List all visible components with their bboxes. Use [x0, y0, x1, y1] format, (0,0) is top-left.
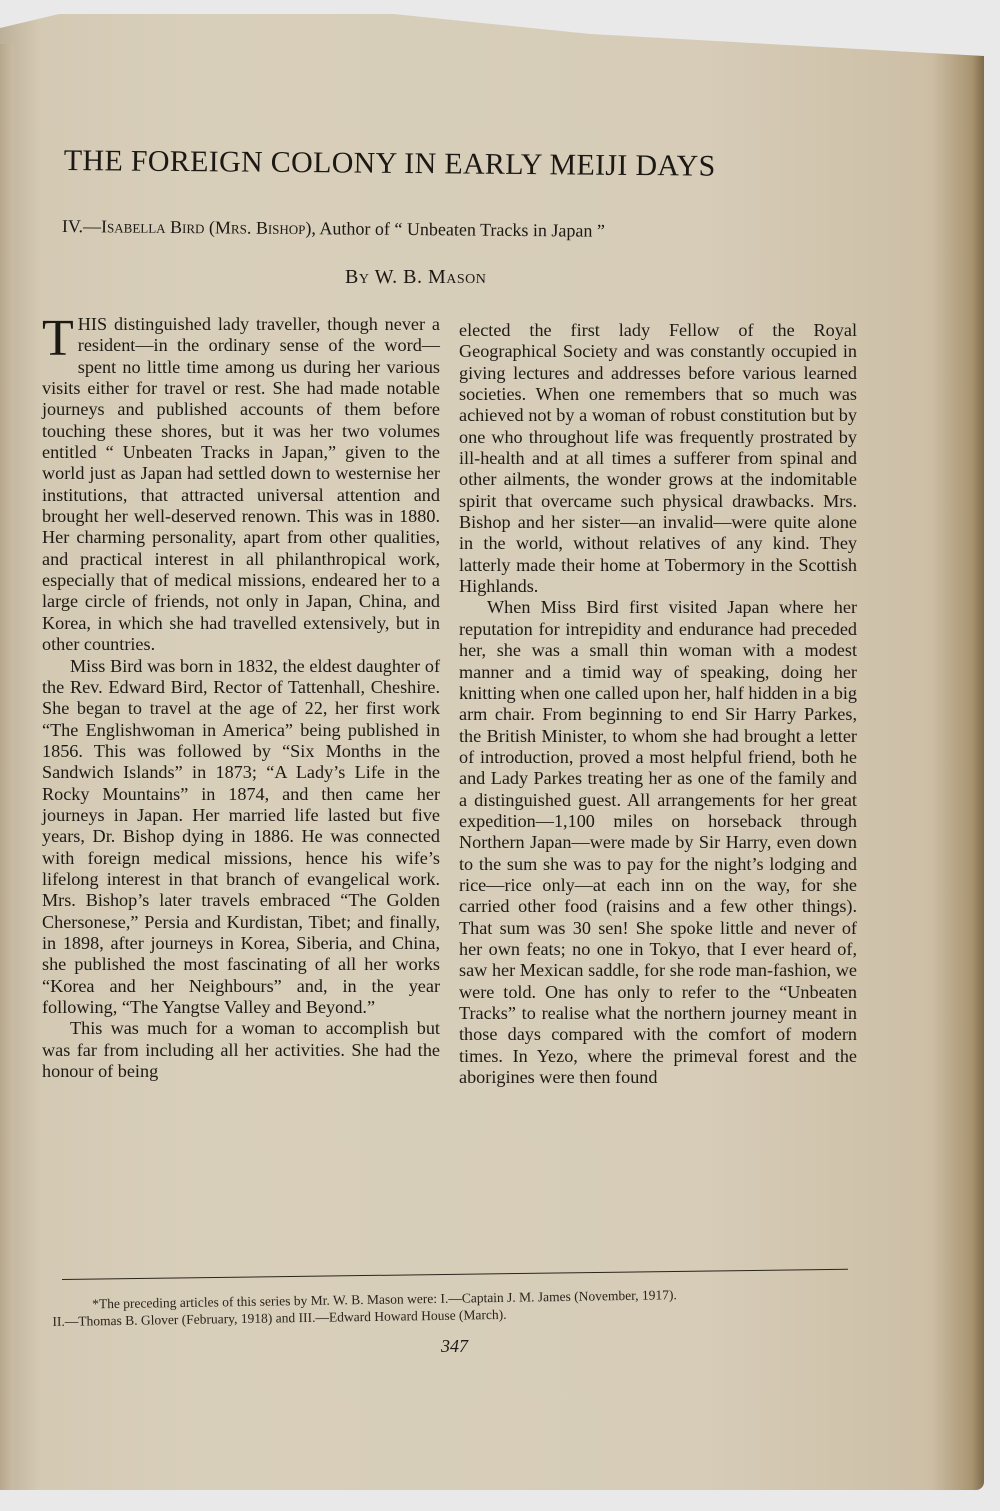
article-subtitle: IV.—Isabella Bird (Mrs. Bishop), Author … [62, 216, 842, 244]
paragraph: This was much for a woman to accomplish … [42, 1018, 440, 1082]
text-column-right: elected the first lady Fellow of the Roy… [459, 320, 857, 1088]
text-column-left: THIS distinguished lady traveller, thoug… [42, 314, 440, 1082]
paragraph: When Miss Bird first visited Japan where… [459, 597, 857, 1088]
page-content: THE FOREIGN COLONY IN EARLY MEIJI DAYS I… [0, 14, 984, 1490]
page-number: 347 [441, 1336, 468, 1357]
paragraph: THIS distinguished lady traveller, thoug… [42, 314, 440, 656]
footnote-divider [62, 1269, 848, 1280]
article-title: THE FOREIGN COLONY IN EARLY MEIJI DAYS [64, 144, 824, 185]
paragraph-text: distinguished lady traveller, though nev… [42, 314, 440, 654]
drop-cap: T [42, 318, 74, 360]
book-page: THE FOREIGN COLONY IN EARLY MEIJI DAYS I… [0, 14, 984, 1490]
article-byline: By W. B. Mason [345, 266, 486, 289]
subtitle-rest: , Author of “ Unbeaten Tracks in Japan ” [311, 218, 605, 241]
footnote: *The preceding articles of this series b… [52, 1283, 872, 1330]
paragraph: Miss Bird was born in 1832, the eldest d… [42, 656, 440, 1019]
paragraph: elected the first lady Fellow of the Roy… [459, 320, 857, 597]
subtitle-subject: Isabella Bird (Mrs. Bishop) [101, 216, 312, 238]
lead-caps: HIS [78, 314, 107, 334]
subtitle-numeral: IV.— [62, 216, 101, 236]
